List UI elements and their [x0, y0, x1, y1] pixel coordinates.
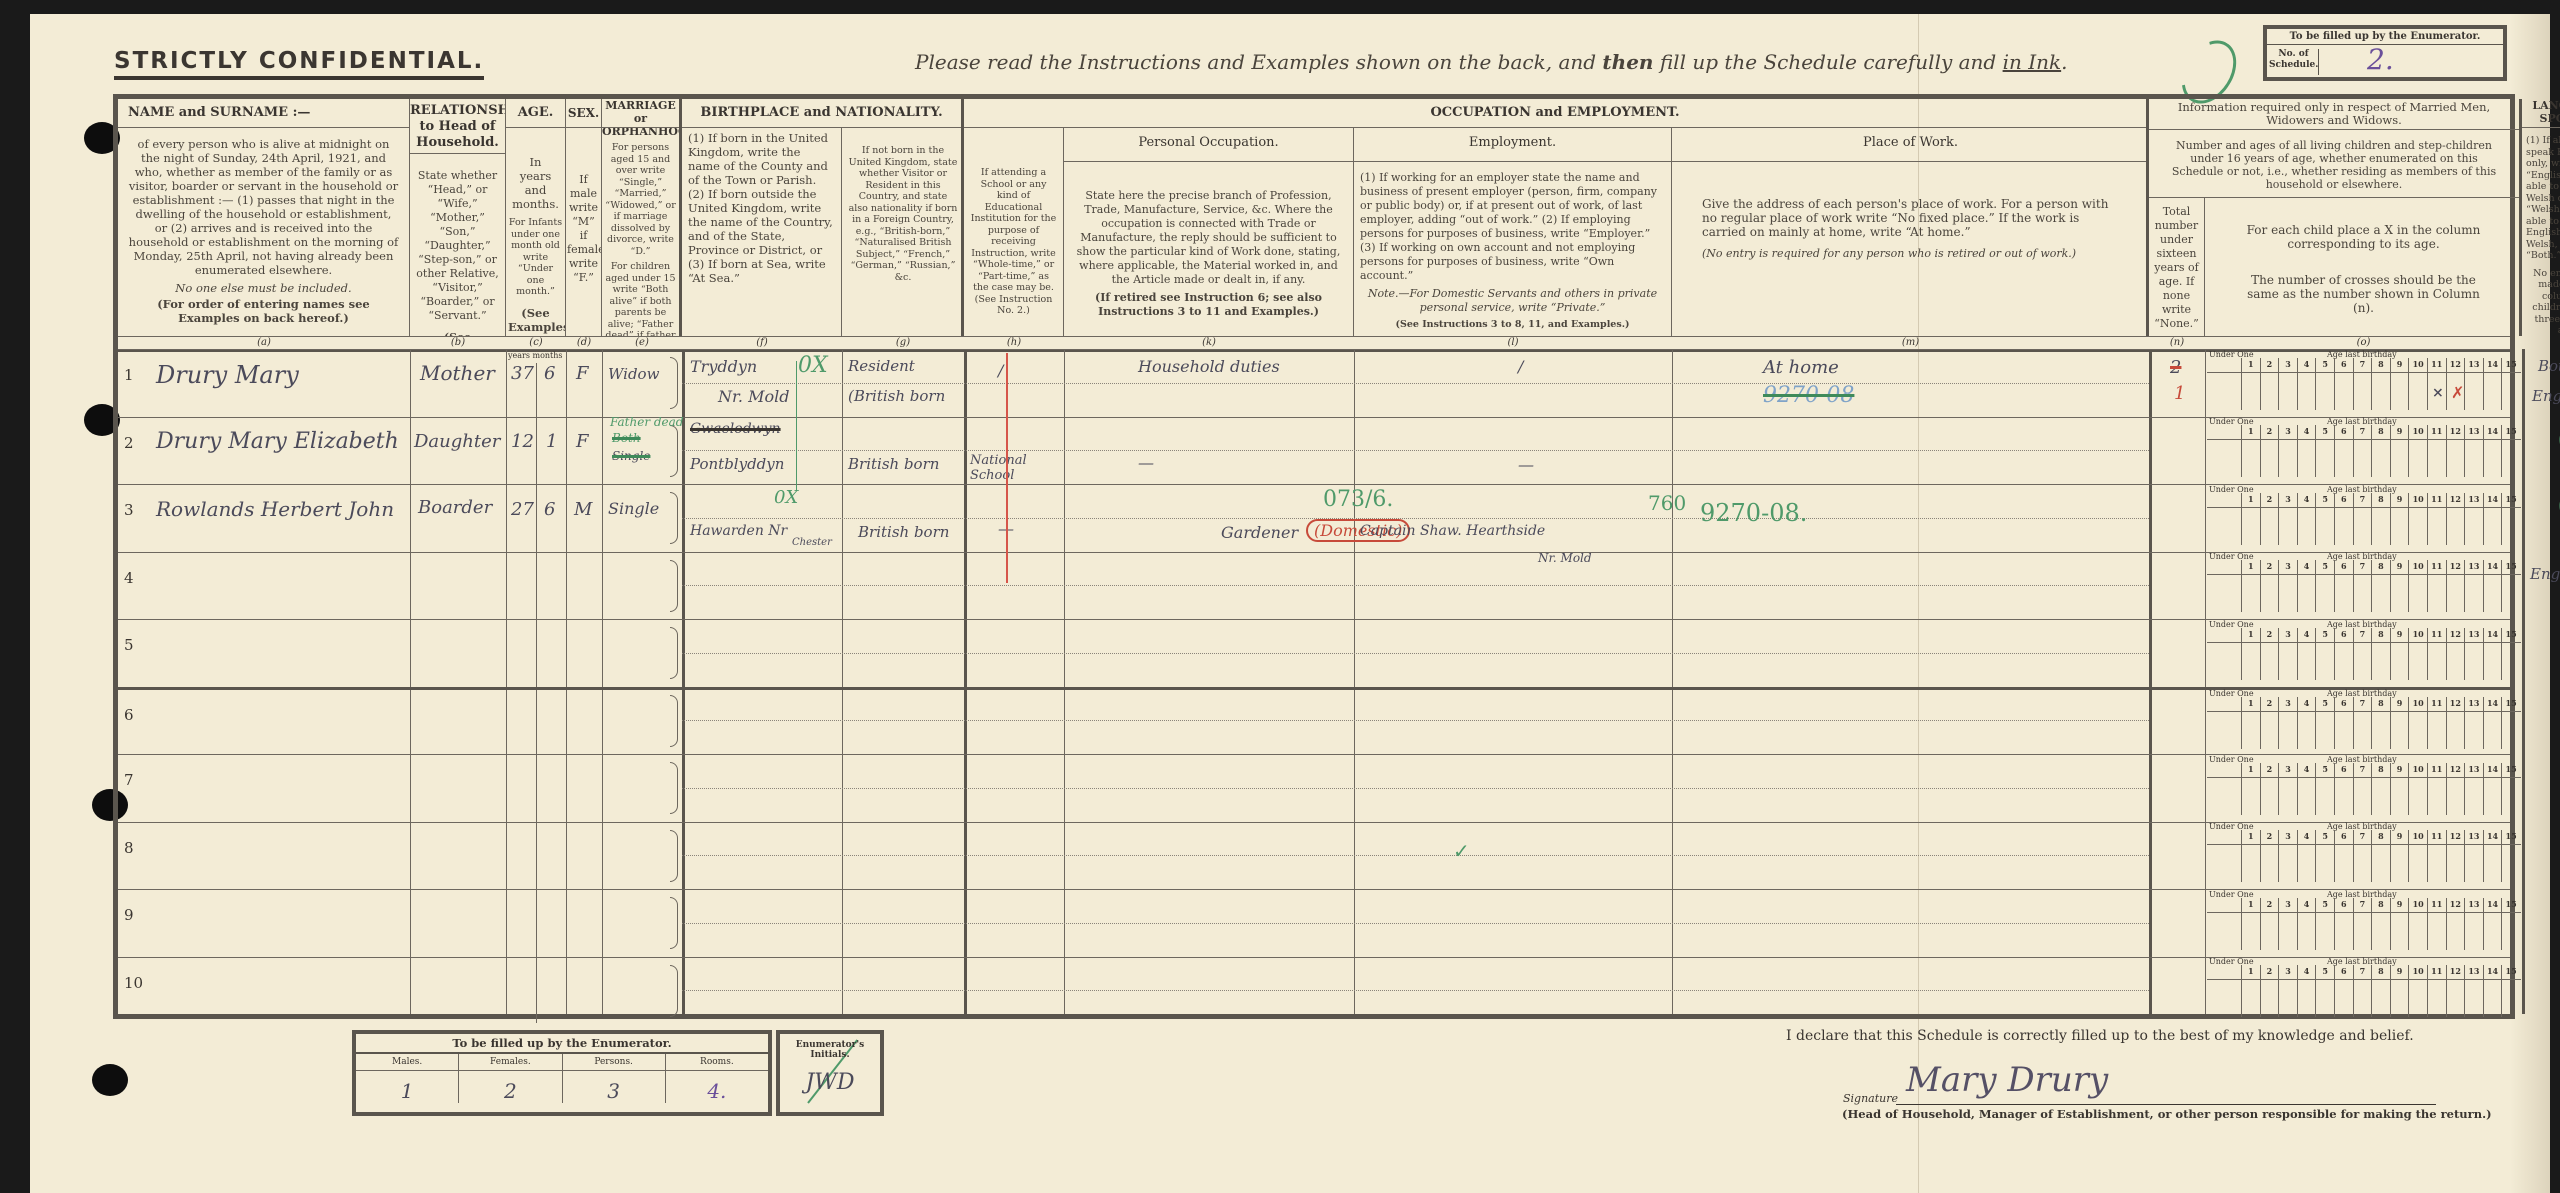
row2-education[interactable]: National School — [970, 453, 1060, 483]
column-letter-a: (a) — [118, 337, 410, 348]
age-cell[interactable]: 6 — [2334, 493, 2353, 545]
age-cell[interactable]: 10 — [2408, 697, 2427, 749]
row-number: 6 — [124, 706, 134, 724]
column-p-note: No entry to be made in this column for c… — [2522, 264, 2560, 337]
row3-nationality[interactable]: British born — [858, 523, 949, 541]
age-cell[interactable]: 3 — [2278, 628, 2297, 680]
age-cell[interactable]: 5 — [2315, 560, 2334, 612]
enumerator-initials-value[interactable]: JWD — [780, 1060, 880, 1095]
age-cell[interactable]: 5 — [2315, 493, 2334, 545]
age-cell[interactable]: 15 — [2501, 493, 2520, 545]
age-cell[interactable]: 7 — [2353, 425, 2372, 477]
row1-age-years[interactable]: 37 — [511, 363, 534, 384]
bracket — [670, 830, 678, 882]
column-e-title: MARRIAGE or ORPHANHOOD — [602, 99, 679, 138]
instructions-text: . — [2061, 50, 2067, 74]
age-cell[interactable]: 11 — [2427, 425, 2446, 477]
row1-place-of-work[interactable]: At home — [1763, 357, 1839, 378]
age-cell[interactable]: 9 — [2390, 830, 2409, 882]
row4-language[interactable]: English — [2530, 565, 2560, 583]
age-cell[interactable]: 6 — [2334, 830, 2353, 882]
age-cell[interactable]: 3 — [2278, 425, 2297, 477]
age-cell[interactable]: 15 — [2501, 425, 2520, 477]
age-cells: 123456789101112131415 — [2207, 493, 2520, 545]
age-cell[interactable]: 11 — [2427, 358, 2446, 410]
column-l-note: Note.—For Domestic Servants and others i… — [1354, 287, 1671, 319]
age-cell[interactable]: 8 — [2371, 493, 2390, 545]
age-cell[interactable]: 11 — [2427, 493, 2446, 545]
age-cell[interactable]: 4 — [2297, 628, 2316, 680]
instructions-text: fill up the Schedule carefully and — [1653, 50, 2002, 74]
row1-language[interactable]: Both — [2538, 357, 2560, 375]
age-cell[interactable]: 6 — [2334, 898, 2353, 950]
column-n-instructions: Total number under sixteen years of age.… — [2149, 197, 2204, 336]
row-midline — [682, 585, 2149, 586]
column-o-header: For each child place a X in the column c… — [2205, 197, 2522, 336]
age-cell[interactable]: 6 — [2334, 965, 2353, 1017]
age-cell[interactable]: 2 — [2260, 493, 2279, 545]
row3-age-months[interactable]: 6 — [544, 499, 555, 520]
row3-green-annotation: 0X — [774, 487, 798, 508]
age-cell[interactable]: 7 — [2353, 628, 2372, 680]
age-cell[interactable]: 3 — [2278, 763, 2297, 815]
row3-employment[interactable]: Captain Shaw. Hearthside — [1360, 523, 1545, 539]
column-m-title: Place of Work. — [1672, 127, 2149, 159]
age-cell[interactable]: 10 — [2408, 358, 2427, 410]
birthplace-nationality-header: BIRTHPLACE and NATIONALITY. (1) If born … — [682, 99, 964, 336]
punch-hole-icon — [92, 1064, 128, 1096]
row-midline — [682, 855, 2149, 856]
age-cell[interactable]: 9 — [2390, 358, 2409, 410]
age-cell[interactable]: 13 — [2464, 493, 2483, 545]
row2-marriage-crossed: Both — [612, 431, 641, 445]
age-cells: 123456789101112131415 — [2207, 628, 2520, 680]
row3-place-of-work-code: 9270-08. — [1700, 499, 1807, 527]
age-cell[interactable]: 4 — [2297, 763, 2316, 815]
age-cell[interactable]: 14 — [2483, 898, 2502, 950]
age-cell[interactable]: 4 — [2297, 830, 2316, 882]
age-cell[interactable]: 6 — [2334, 425, 2353, 477]
row2-marriage-original: Single — [612, 449, 650, 463]
age-cell[interactable]: 11 — [2427, 830, 2446, 882]
column-letter-l: (l) — [1354, 337, 1672, 348]
age-cell[interactable]: 3 — [2278, 830, 2297, 882]
child-age-grid-8: Under One Age last birthday 123456789101… — [2207, 822, 2521, 888]
column-e-header: MARRIAGE or ORPHANHOOD For persons aged … — [602, 99, 682, 336]
column-divider — [2522, 349, 2525, 1014]
row1-occupation[interactable]: Household duties — [1138, 357, 1280, 376]
rooms-label: Rooms. — [666, 1054, 768, 1071]
row2-age-years[interactable]: 12 — [511, 431, 534, 452]
age-cell[interactable]: 1 — [2241, 560, 2260, 612]
age-cell[interactable]: 8 — [2371, 697, 2390, 749]
age-cell[interactable]: 8 — [2371, 560, 2390, 612]
age-cell[interactable]: 15 — [2501, 965, 2520, 1017]
row1-nationality[interactable]: Resident — [848, 357, 915, 375]
age-cell[interactable]: 13 — [2464, 965, 2483, 1017]
column-letter-o: (o) — [2205, 337, 2522, 348]
age-cell[interactable]: 5 — [2315, 898, 2334, 950]
age-cell[interactable]: 11 — [2427, 628, 2446, 680]
age-cell[interactable]: 1 — [2241, 697, 2260, 749]
row3-name[interactable]: Rowlands Herbert John — [156, 497, 394, 521]
column-d-instructions: If male write “M” if female write “F.” — [566, 171, 601, 287]
row3-relationship[interactable]: Boarder — [418, 497, 492, 518]
row1-children-total-correction: 1 — [2174, 383, 2185, 404]
age-cell[interactable]: 10 — [2408, 493, 2427, 545]
age-cell[interactable]: 1 — [2241, 898, 2260, 950]
declaration-text: I declare that this Schedule is correctl… — [1786, 1028, 2414, 1044]
age-cell[interactable]: 8 — [2371, 628, 2390, 680]
row2-relationship[interactable]: Daughter — [414, 431, 500, 452]
age-cell[interactable]: 2 — [2260, 560, 2279, 612]
age-cell[interactable]: 13 — [2464, 763, 2483, 815]
age-cell[interactable]: 13 — [2464, 358, 2483, 410]
occupation-employment-header: OCCUPATION and EMPLOYMENT. If attending … — [964, 99, 2149, 336]
row3-sex[interactable]: M — [574, 499, 592, 520]
row3-birthplace-line2[interactable]: Chester — [792, 537, 832, 548]
males-cell: Males.1 — [356, 1054, 459, 1103]
row1-marriage[interactable]: Widow — [608, 365, 659, 383]
age-cell[interactable]: 15 — [2501, 697, 2520, 749]
column-b-header: RELATIONSHIP to Head of Household. State… — [410, 99, 506, 336]
row1-relationship[interactable]: Mother — [420, 361, 495, 385]
age-cell[interactable]: 3 — [2278, 358, 2297, 410]
age-cell[interactable]: 15 — [2501, 763, 2520, 815]
row2-nationality[interactable]: British born — [848, 455, 939, 473]
row1-name[interactable]: Drury Mary — [156, 361, 299, 389]
row-midline — [682, 450, 2149, 451]
row-midline — [682, 720, 2149, 721]
row1-employment[interactable]: / — [1518, 357, 1523, 376]
age-cell[interactable]: 8 — [2371, 965, 2390, 1017]
age-cell[interactable]: 11 — [2427, 898, 2446, 950]
age-cell[interactable]: 7 — [2353, 560, 2372, 612]
age-cell[interactable]: 3 — [2278, 560, 2297, 612]
row1-age-months[interactable]: 6 — [544, 363, 555, 384]
age-cell[interactable]: 2 — [2260, 358, 2279, 410]
row3-occupation[interactable]: Gardener — [1221, 523, 1298, 542]
instructions-line: Please read the Instructions and Example… — [915, 50, 2068, 74]
females-value[interactable]: 2 — [459, 1071, 561, 1103]
row1-children-total[interactable]: 2 — [2170, 357, 2181, 378]
column-e-orphanhood-instructions: For children aged under 15 write “Both a… — [602, 259, 679, 336]
age-cell[interactable]: 11 — [2427, 763, 2446, 815]
instructions-ink: in Ink — [2003, 50, 2062, 74]
males-label: Males. — [356, 1054, 458, 1071]
age-cell[interactable]: 14 — [2483, 830, 2502, 882]
column-o-instructions: For each child place a X in the column c… — [2205, 219, 2522, 255]
age-cell[interactable]: 4 — [2297, 697, 2316, 749]
row-midline — [682, 990, 2149, 991]
age-cell[interactable]: 10 — [2408, 898, 2427, 950]
column-letter-c: (c) — [506, 337, 566, 348]
rooms-value[interactable]: 4. — [666, 1071, 768, 1103]
age-cell[interactable]: 7 — [2353, 697, 2372, 749]
age-cell[interactable]: 14 — [2483, 358, 2502, 410]
age-cell[interactable]: 10 — [2408, 425, 2427, 477]
age-cell[interactable]: 12 — [2446, 763, 2465, 815]
age-cell[interactable]: 4 — [2297, 898, 2316, 950]
bracket — [670, 965, 678, 1017]
age-cell[interactable]: 14 — [2483, 697, 2502, 749]
age-cell[interactable]: 1 — [2241, 763, 2260, 815]
age-cell[interactable]: 8 — [2371, 898, 2390, 950]
age-cell[interactable]: 5 — [2315, 425, 2334, 477]
age-cell[interactable]: 3 — [2278, 965, 2297, 1017]
age-cell[interactable]: 11 — [2427, 560, 2446, 612]
age-cell[interactable]: 14 — [2483, 628, 2502, 680]
column-g-instructions: If not born in the United Kingdom, state… — [842, 141, 964, 287]
age-cell[interactable]: 2 — [2260, 697, 2279, 749]
row1-green-annotation: 0X — [798, 353, 828, 378]
age-cell[interactable]: 5 — [2315, 763, 2334, 815]
age-cell[interactable]: 9 — [2390, 965, 2409, 1017]
age-cells: 123456789101112131415 — [2207, 965, 2520, 1017]
column-letter-n: (n) — [2149, 337, 2205, 348]
age-cell[interactable]: 15 — [2501, 560, 2520, 612]
age-cell[interactable]: 10 — [2408, 763, 2427, 815]
age-cell[interactable]: 12 — [2446, 697, 2465, 749]
age-cell[interactable]: 5 — [2315, 697, 2334, 749]
column-a-footer: (For order of entering names see Example… — [118, 295, 409, 327]
age-cell[interactable]: 10 — [2408, 965, 2427, 1017]
age-cell[interactable]: 13 — [2464, 697, 2483, 749]
age-cell[interactable]: 8 — [2371, 425, 2390, 477]
age-cell[interactable]: 6 — [2334, 763, 2353, 815]
column-p-title: LANGUAGE SPOKEN. — [2522, 99, 2560, 125]
age-cell[interactable]: 13 — [2464, 425, 2483, 477]
column-letter-k: (k) — [1064, 337, 1354, 348]
age-cell[interactable]: 2 — [2260, 425, 2279, 477]
age-cell[interactable]: 7 — [2353, 358, 2372, 410]
child-age-grid-9: Under One Age last birthday 123456789101… — [2207, 890, 2521, 956]
age-cell[interactable]: 14 — [2483, 560, 2502, 612]
row3-age-years[interactable]: 27 — [511, 499, 534, 520]
age-cell[interactable]: 9 — [2390, 493, 2409, 545]
child-age-grid-4: Under One Age last birthday 123456789101… — [2207, 552, 2521, 618]
age-cell[interactable]: 10 — [2408, 628, 2427, 680]
age-cell[interactable]: 10 — [2408, 830, 2427, 882]
child-age-grid-5: Under One Age last birthday 123456789101… — [2207, 620, 2521, 686]
age-cell[interactable]: 15 — [2501, 898, 2520, 950]
schedule-number-box: To be filled up by the Enumerator. No. o… — [2263, 25, 2507, 81]
age-cells: 123456789101112131415 — [2207, 830, 2520, 882]
signature-note: (Head of Household, Manager of Establish… — [1842, 1107, 2492, 1121]
age-cell[interactable]: 2 — [2260, 628, 2279, 680]
child-age-grid-2: Under One Age last birthday 123456789101… — [2207, 417, 2521, 483]
bracket — [670, 492, 678, 544]
age-cell[interactable]: 13 — [2464, 898, 2483, 950]
column-k-instructions: State here the precise branch of Profess… — [1064, 185, 1353, 291]
signature-field[interactable]: Mary Drury — [1906, 1060, 2108, 1100]
enumerator-box-header: To be filled up by the Enumerator. — [356, 1034, 768, 1054]
age-cell[interactable]: 14 — [2483, 763, 2502, 815]
row-number: 1 — [124, 366, 134, 384]
age-cell[interactable]: 12 — [2446, 425, 2465, 477]
row1-sex[interactable]: F — [576, 363, 589, 384]
age-cell[interactable]: 7 — [2353, 763, 2372, 815]
row1-birthplace[interactable]: Tryddyn — [690, 357, 757, 376]
child-age-grid-3: Under One Age last birthday 123456789101… — [2207, 485, 2521, 551]
row2-birthplace-line2[interactable]: Pontblyddyn — [690, 455, 784, 473]
age-cell[interactable]: 5 — [2315, 965, 2334, 1017]
column-a-header: NAME and SURNAME :— of every person who … — [118, 99, 410, 336]
age-cell[interactable]: 15 — [2501, 358, 2520, 410]
age-cells: 123456789101112131415 — [2207, 898, 2520, 950]
age-cell[interactable]: 3 — [2278, 697, 2297, 749]
age-cell[interactable]: 8 — [2371, 358, 2390, 410]
row2-birthplace[interactable]: Gwaelodwyn — [690, 421, 781, 437]
row1-language-correction: English — [2532, 387, 2560, 405]
instructions-text: Please read the Instructions and Example… — [915, 50, 1602, 74]
age-cell[interactable]: 14 — [2483, 425, 2502, 477]
row3-marriage[interactable]: Single — [608, 499, 659, 518]
persons-value[interactable]: 3 — [563, 1071, 665, 1103]
females-label: Females. — [459, 1054, 561, 1071]
age-cell[interactable]: 11 — [2427, 965, 2446, 1017]
row-number: 8 — [124, 839, 134, 857]
age-cell[interactable]: 9 — [2390, 763, 2409, 815]
males-value[interactable]: 1 — [356, 1071, 458, 1103]
age-cell[interactable]: 2 — [2260, 898, 2279, 950]
age-cell[interactable]: 8 — [2371, 763, 2390, 815]
column-letter-m: (m) — [1672, 337, 2149, 348]
age-cell[interactable]: 3 — [2278, 493, 2297, 545]
row3-employment-code: 760 — [1648, 491, 1686, 515]
age-cell[interactable]: 8 — [2371, 830, 2390, 882]
row2-sex[interactable]: F — [576, 431, 589, 452]
age-cell[interactable]: 5 — [2315, 358, 2334, 410]
age-cell[interactable]: 3 — [2278, 898, 2297, 950]
age-cell[interactable]: 9 — [2390, 898, 2409, 950]
column-b-footer: (See Instruction No. 1.) — [410, 327, 505, 336]
age-cell[interactable]: 13 — [2464, 560, 2483, 612]
age-cell[interactable]: 7 — [2353, 493, 2372, 545]
column-a-title: NAME and SURNAME :— — [118, 99, 409, 127]
bracket — [670, 695, 678, 747]
column-f-instructions: (1) If born in the United Kingdom, write… — [682, 127, 841, 289]
column-a-instructions: of every person who is alive at midnight… — [118, 133, 409, 281]
age-cell[interactable]: 5 — [2315, 830, 2334, 882]
row1-place-of-work-code: 9270-08 — [1763, 383, 1854, 408]
enumerator-totals-box: To be filled up by the Enumerator. Males… — [352, 1030, 772, 1116]
age-cell[interactable]: 6 — [2334, 358, 2353, 410]
age-cell[interactable]: 15 — [2501, 830, 2520, 882]
age-cell[interactable]: 6 — [2334, 697, 2353, 749]
age-cell[interactable]: 7 — [2353, 830, 2372, 882]
row2-occupation[interactable]: — — [1138, 453, 1154, 472]
age-cell[interactable]: 2 — [2260, 763, 2279, 815]
column-k-header: Personal Occupation. State here the prec… — [1064, 127, 1354, 336]
age-cell[interactable]: 12 — [2446, 898, 2465, 950]
age-cell[interactable]: 4 — [2297, 560, 2316, 612]
row-number: 5 — [124, 636, 134, 654]
age-cell[interactable]: 9 — [2390, 697, 2409, 749]
row-number: 7 — [124, 771, 134, 789]
age-cell[interactable]: 2 — [2260, 830, 2279, 882]
age-cell[interactable]: 13 — [2464, 628, 2483, 680]
column-letter-h: (h) — [964, 337, 1064, 348]
persons-cell: Persons.3 — [563, 1054, 666, 1103]
age-cell[interactable]: 6 — [2334, 628, 2353, 680]
column-c-infants-note: For Infants under one month old write “U… — [506, 215, 565, 300]
red-vertical-mark — [1006, 353, 1008, 583]
row1-birthplace-line2[interactable]: Nr. Mold — [718, 387, 789, 406]
age-cell[interactable]: 1 — [2241, 493, 2260, 545]
age-cell[interactable]: 4 — [2297, 965, 2316, 1017]
column-c-footer: (See Examples.) — [506, 300, 565, 337]
column-p-instructions: (1) If able to speak English only, write… — [2522, 133, 2560, 264]
age-cell[interactable]: 7 — [2353, 965, 2372, 1017]
age-cell[interactable]: 12 — [2446, 830, 2465, 882]
green-vertical-mark — [796, 361, 797, 491]
age-cell[interactable]: 1 — [2241, 628, 2260, 680]
age-cell[interactable]: 1 — [2241, 830, 2260, 882]
row-number: 9 — [124, 906, 134, 924]
row1-education[interactable]: / — [998, 361, 1003, 380]
age-cell[interactable]: 9 — [2390, 560, 2409, 612]
age-cell[interactable]: 1 — [2241, 965, 2260, 1017]
age-cell[interactable]: 2 — [2260, 965, 2279, 1017]
row2-age-months[interactable]: 1 — [546, 431, 557, 452]
age-cell[interactable]: 12 — [2446, 628, 2465, 680]
row2-marriage[interactable]: Father dead — [610, 415, 684, 429]
column-d-header: SEX. If male write “M” if female write “… — [566, 99, 602, 336]
females-cell: Females.2 — [459, 1054, 562, 1103]
row3-employment-line2[interactable]: Nr. Mold — [1538, 551, 1592, 565]
age-cell[interactable]: 14 — [2483, 493, 2502, 545]
column-m-note: (No entry is required for any person who… — [1672, 243, 2149, 265]
age-cell[interactable]: 10 — [2408, 560, 2427, 612]
age-cell[interactable]: 12 — [2446, 493, 2465, 545]
bracket — [670, 357, 678, 409]
age-cell[interactable]: 1 — [2241, 358, 2260, 410]
age-cell[interactable]: 9 — [2390, 425, 2409, 477]
column-l-footer: (See Instructions 3 to 8, 11, and Exampl… — [1354, 319, 1671, 335]
age-cell[interactable]: 12 — [2446, 965, 2465, 1017]
age-cell[interactable]: 13 — [2464, 830, 2483, 882]
age-cell[interactable]: 5 — [2315, 628, 2334, 680]
age-cell[interactable]: 4 — [2297, 358, 2316, 410]
child-age-grid-6: Under One Age last birthday 123456789101… — [2207, 689, 2521, 755]
age-cell[interactable]: 1 — [2241, 425, 2260, 477]
column-m-instructions: Give the address of each person's place … — [1672, 193, 2149, 243]
age-cell[interactable]: 6 — [2334, 560, 2353, 612]
column-o-note: The number of crosses should be the same… — [2205, 269, 2522, 319]
row2-employment[interactable]: — — [1518, 455, 1534, 474]
child-age-grid-1: Under One Age last birthday 123456789101… — [2207, 350, 2521, 416]
age-cell[interactable]: 9 — [2390, 628, 2409, 680]
age-cell[interactable]: 15 — [2501, 628, 2520, 680]
column-c-instructions: In years and months. — [506, 151, 565, 215]
column-d-title: SEX. — [566, 99, 601, 121]
row-midline — [682, 788, 2149, 789]
age-cell[interactable]: 7 — [2353, 898, 2372, 950]
row3-birthplace[interactable]: Hawarden Nr — [690, 523, 787, 539]
row2-name[interactable]: Drury Mary Elizabeth — [156, 429, 399, 454]
enumerator-initials-box: Enumerator's Initials. JWD — [776, 1030, 884, 1116]
age-cell[interactable]: 14 — [2483, 965, 2502, 1017]
age-cell[interactable]: 11 — [2427, 697, 2446, 749]
age-cell[interactable]: 4 — [2297, 425, 2316, 477]
row-midline — [682, 923, 2149, 924]
occupation-employment-title: OCCUPATION and EMPLOYMENT. — [964, 99, 2146, 127]
signature-label: Signature — [1843, 1092, 1898, 1105]
age-cell[interactable]: 12 — [2446, 560, 2465, 612]
age-cell[interactable]: 4 — [2297, 493, 2316, 545]
row1-nationality-line2[interactable]: (British born — [848, 387, 945, 405]
